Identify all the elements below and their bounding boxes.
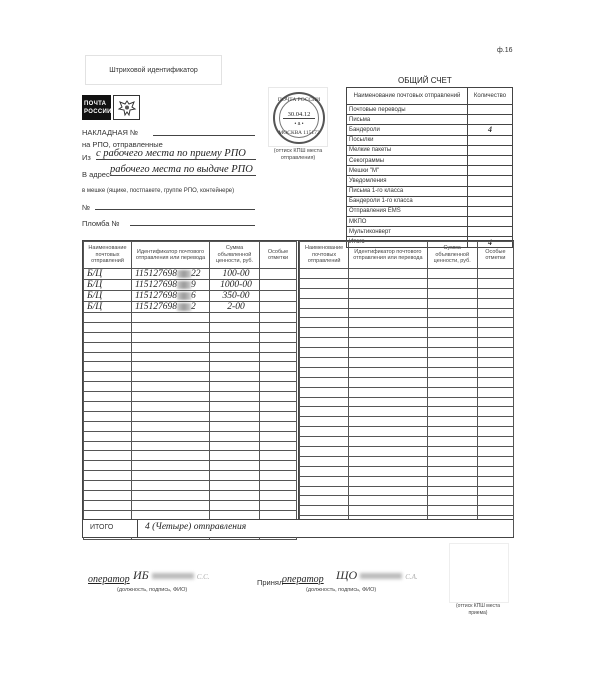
table-row: Б/Ц 1151276982 2-00 <box>84 302 297 313</box>
empty-cell[interactable] <box>260 500 297 510</box>
empty-cell[interactable] <box>84 411 132 421</box>
empty-cell[interactable] <box>84 441 132 451</box>
empty-cell[interactable] <box>132 491 210 501</box>
eagle-emblem-icon <box>113 95 140 120</box>
empty-cell[interactable] <box>349 358 427 368</box>
empty-cell[interactable] <box>84 352 132 362</box>
empty-cell[interactable] <box>260 402 297 412</box>
summary-row-name: Бандероли 1-го класса <box>347 196 468 206</box>
empty-cell[interactable] <box>300 348 349 358</box>
empty-cell[interactable] <box>300 437 349 447</box>
empty-cell[interactable] <box>427 407 477 417</box>
empty-cell[interactable] <box>477 466 513 476</box>
empty-cell[interactable] <box>349 338 427 348</box>
empty-cell[interactable] <box>84 421 132 431</box>
empty-cell[interactable] <box>427 506 477 516</box>
table-row <box>84 481 297 491</box>
empty-cell[interactable] <box>477 377 513 387</box>
empty-cell[interactable] <box>260 421 297 431</box>
empty-cell[interactable] <box>349 417 427 427</box>
empty-cell[interactable] <box>300 427 349 437</box>
empty-cell[interactable] <box>132 322 210 332</box>
empty-cell[interactable] <box>210 500 260 510</box>
empty-cell[interactable] <box>132 382 210 392</box>
summary-row: Бандероли 4 <box>347 125 513 135</box>
empty-cell[interactable] <box>210 491 260 501</box>
rpo-table: Наименование почтовых отправленийИдентиф… <box>82 240 514 538</box>
empty-cell[interactable] <box>349 456 427 466</box>
empty-cell[interactable] <box>84 471 132 481</box>
summary-row: Уведомления <box>347 176 513 186</box>
receiver-label: Принял <box>257 578 283 587</box>
postal-stamp: ПОЧТА РОССИИ 30.04.12 • а • МОСКВА 11517… <box>273 92 325 144</box>
empty-cell[interactable] <box>84 491 132 501</box>
empty-cell[interactable] <box>349 298 427 308</box>
summary-row-name: Мелкие пакеты <box>347 145 468 155</box>
empty-cell[interactable] <box>300 308 349 318</box>
empty-cell[interactable] <box>477 437 513 447</box>
total-value: 4 (Четыре) отправления <box>145 522 246 532</box>
summary-row-qty[interactable] <box>468 206 513 216</box>
empty-cell[interactable] <box>300 456 349 466</box>
item-value[interactable]: 1000-00 <box>210 280 260 291</box>
empty-cell[interactable] <box>210 382 260 392</box>
empty-cell[interactable] <box>349 506 427 516</box>
empty-cell[interactable] <box>132 372 210 382</box>
column-header: Сумма объявленной ценности, руб. <box>427 242 477 269</box>
table-row <box>84 402 297 412</box>
empty-cell[interactable] <box>477 298 513 308</box>
item-notes[interactable] <box>260 280 297 291</box>
empty-cell[interactable] <box>477 358 513 368</box>
item-value[interactable]: 100-00 <box>210 269 260 280</box>
empty-cell[interactable] <box>427 338 477 348</box>
empty-cell[interactable] <box>427 377 477 387</box>
summary-row-qty[interactable] <box>468 186 513 196</box>
empty-cell[interactable] <box>427 269 477 279</box>
empty-cell[interactable] <box>427 318 477 328</box>
empty-cell[interactable] <box>349 427 427 437</box>
summary-table: Наименование почтовых отправлений Количе… <box>346 87 513 248</box>
empty-cell[interactable] <box>132 431 210 441</box>
empty-cell[interactable] <box>210 471 260 481</box>
item-value[interactable]: 2-00 <box>210 302 260 313</box>
empty-cell[interactable] <box>210 441 260 451</box>
empty-cell[interactable] <box>132 332 210 342</box>
empty-cell[interactable] <box>427 278 477 288</box>
empty-cell[interactable] <box>427 486 477 496</box>
empty-cell[interactable] <box>427 298 477 308</box>
table-row <box>300 506 514 516</box>
item-name[interactable]: Б/Ц <box>84 291 132 302</box>
summary-row: Бандероли 1-го класса <box>347 196 513 206</box>
logo-text: ПОЧТА РОССИИ <box>82 95 111 120</box>
empty-cell[interactable] <box>427 427 477 437</box>
empty-cell[interactable] <box>132 471 210 481</box>
table-row <box>300 318 514 328</box>
empty-cell[interactable] <box>210 481 260 491</box>
empty-cell[interactable] <box>132 461 210 471</box>
table-row <box>84 471 297 481</box>
to-label: В адрес <box>82 170 110 179</box>
empty-cell[interactable] <box>132 352 210 362</box>
empty-cell[interactable] <box>132 500 210 510</box>
empty-cell[interactable] <box>427 328 477 338</box>
table-row <box>300 377 514 387</box>
empty-cell[interactable] <box>84 461 132 471</box>
table-row: Б/Ц 1151276986 350-00 <box>84 291 297 302</box>
empty-cell[interactable] <box>349 496 427 506</box>
sender-stamp-box: ПОЧТА РОССИИ 30.04.12 • а • МОСКВА 11517… <box>268 87 328 147</box>
table-row <box>300 476 514 486</box>
empty-cell[interactable] <box>260 471 297 481</box>
invoice-number-field[interactable] <box>153 135 255 136</box>
summary-row: Отправления EMS <box>347 206 513 216</box>
empty-cell[interactable] <box>349 407 427 417</box>
empty-cell[interactable] <box>260 332 297 342</box>
to-field[interactable]: рабочего места по выдаче РПО <box>110 164 256 176</box>
empty-cell[interactable] <box>349 328 427 338</box>
empty-cell[interactable] <box>84 431 132 441</box>
summary-row-qty[interactable] <box>468 217 513 227</box>
empty-cell[interactable] <box>260 372 297 382</box>
table-row <box>300 387 514 397</box>
empty-cell[interactable] <box>132 342 210 352</box>
empty-cell[interactable] <box>349 447 427 457</box>
empty-cell[interactable] <box>477 387 513 397</box>
table-row <box>300 466 514 476</box>
empty-cell[interactable] <box>477 496 513 506</box>
empty-cell[interactable] <box>427 437 477 447</box>
receiver-signature: ЩО С.А. <box>336 568 418 583</box>
summary-row-name: Мешки "М" <box>347 166 468 176</box>
summary-row-name: Почтовые переводы <box>347 105 468 115</box>
empty-cell[interactable] <box>300 298 349 308</box>
item-name[interactable]: Б/Ц <box>84 269 132 280</box>
empty-cell[interactable] <box>349 318 427 328</box>
table-row <box>84 332 297 342</box>
empty-cell[interactable] <box>84 481 132 491</box>
empty-cell[interactable] <box>300 407 349 417</box>
item-name[interactable]: Б/Ц <box>84 280 132 291</box>
empty-cell[interactable] <box>300 397 349 407</box>
empty-cell[interactable] <box>349 348 427 358</box>
empty-cell[interactable] <box>84 313 132 323</box>
item-notes[interactable] <box>260 269 297 280</box>
summary-col-qty: Количество <box>468 88 513 105</box>
empty-cell[interactable] <box>260 411 297 421</box>
empty-cell[interactable] <box>84 382 132 392</box>
table-row: Б/Ц 1151276989 1000-00 <box>84 280 297 291</box>
rpo-table-right: Наименование почтовых отправленийИдентиф… <box>298 241 514 536</box>
summary-row-name: Письма <box>347 115 468 125</box>
empty-cell[interactable] <box>300 338 349 348</box>
table-row <box>84 441 297 451</box>
empty-cell[interactable] <box>84 342 132 352</box>
empty-cell[interactable] <box>477 486 513 496</box>
from-field[interactable]: с рабочего места по приему РПО <box>96 148 256 160</box>
table-row <box>300 486 514 496</box>
empty-cell[interactable] <box>477 447 513 457</box>
empty-cell[interactable] <box>260 352 297 362</box>
empty-cell[interactable] <box>260 392 297 402</box>
summary-row: МКПО <box>347 217 513 227</box>
item-identifier[interactable]: 1151276989 <box>132 280 210 291</box>
empty-cell[interactable] <box>477 407 513 417</box>
empty-cell[interactable] <box>477 348 513 358</box>
summary-row: Мультиконверт <box>347 227 513 237</box>
empty-cell[interactable] <box>477 278 513 288</box>
empty-cell[interactable] <box>477 318 513 328</box>
table-row <box>84 421 297 431</box>
empty-cell[interactable] <box>210 372 260 382</box>
table-row <box>84 451 297 461</box>
summary-row-qty[interactable] <box>468 176 513 186</box>
summary-row-name: Посылки <box>347 135 468 145</box>
empty-cell[interactable] <box>84 362 132 372</box>
empty-cell[interactable] <box>84 322 132 332</box>
empty-cell[interactable] <box>349 288 427 298</box>
empty-cell[interactable] <box>349 466 427 476</box>
stamp-sub: • а • <box>275 121 323 127</box>
empty-cell[interactable] <box>349 269 427 279</box>
item-identifier[interactable]: 11512769822 <box>132 269 210 280</box>
table-row <box>300 269 514 279</box>
summary-row-name: Секограммы <box>347 155 468 165</box>
summary-row: Письма <box>347 115 513 125</box>
empty-cell[interactable] <box>477 288 513 298</box>
empty-cell[interactable] <box>210 451 260 461</box>
empty-cell[interactable] <box>84 372 132 382</box>
empty-cell[interactable] <box>132 481 210 491</box>
empty-cell[interactable] <box>477 506 513 516</box>
table-row <box>300 308 514 318</box>
table-row <box>84 382 297 392</box>
summary-title: ОБЩИЙ СЧЕТ <box>398 76 452 85</box>
empty-cell[interactable] <box>427 417 477 427</box>
receive-stamp-caption: (оттиск КПШ места приема) <box>449 603 507 616</box>
redacted-digits <box>177 292 191 300</box>
empty-cell[interactable] <box>84 392 132 402</box>
empty-cell[interactable] <box>260 431 297 441</box>
empty-cell[interactable] <box>427 308 477 318</box>
empty-cell[interactable] <box>132 451 210 461</box>
item-value[interactable]: 350-00 <box>210 291 260 302</box>
empty-cell[interactable] <box>210 402 260 412</box>
summary-row-name: Бандероли <box>347 125 468 135</box>
empty-cell[interactable] <box>260 461 297 471</box>
from-label: Из <box>82 153 91 162</box>
empty-cell[interactable] <box>349 387 427 397</box>
seal-field[interactable] <box>130 225 255 226</box>
summary-row-name: Отправления EMS <box>347 206 468 216</box>
empty-cell[interactable] <box>349 437 427 447</box>
summary-row: Секограммы <box>347 155 513 165</box>
sender-caption: (должность, подпись, ФИО) <box>117 587 187 593</box>
column-header: Идентификатор почтового отправления или … <box>349 242 427 269</box>
empty-cell[interactable] <box>427 456 477 466</box>
empty-cell[interactable] <box>210 313 260 323</box>
table-row <box>300 407 514 417</box>
empty-cell[interactable] <box>349 476 427 486</box>
stamp-bottom-text: МОСКВА 115172 <box>275 130 323 136</box>
summary-row: Мелкие пакеты <box>347 145 513 155</box>
empty-cell[interactable] <box>260 481 297 491</box>
summary-row-qty[interactable] <box>468 155 513 165</box>
empty-cell[interactable] <box>132 362 210 372</box>
empty-cell[interactable] <box>132 402 210 412</box>
empty-cell[interactable] <box>300 269 349 279</box>
empty-cell[interactable] <box>349 367 427 377</box>
empty-cell[interactable] <box>210 461 260 471</box>
empty-cell[interactable] <box>300 278 349 288</box>
redacted-digits <box>177 303 191 311</box>
empty-cell[interactable] <box>477 397 513 407</box>
empty-cell[interactable] <box>300 318 349 328</box>
empty-cell[interactable] <box>210 352 260 362</box>
empty-cell[interactable] <box>477 338 513 348</box>
empty-cell[interactable] <box>300 417 349 427</box>
empty-cell[interactable] <box>300 387 349 397</box>
empty-cell[interactable] <box>477 367 513 377</box>
item-notes[interactable] <box>260 302 297 313</box>
empty-cell[interactable] <box>300 447 349 457</box>
empty-cell[interactable] <box>210 392 260 402</box>
summary-row-qty[interactable]: 4 <box>468 125 513 135</box>
invoice-label: НАКЛАДНАЯ № <box>82 128 138 137</box>
empty-cell[interactable] <box>427 397 477 407</box>
empty-cell[interactable] <box>427 466 477 476</box>
bag-label: в мешке (ящике, постпакете, группе РПО, … <box>82 188 234 194</box>
empty-cell[interactable] <box>300 506 349 516</box>
logo-line1: ПОЧТА <box>84 100 111 108</box>
empty-cell[interactable] <box>477 427 513 437</box>
empty-cell[interactable] <box>210 332 260 342</box>
number-label: № <box>82 203 90 212</box>
table-row <box>300 298 514 308</box>
summary-row-qty[interactable] <box>468 115 513 125</box>
summary-row-qty[interactable] <box>468 166 513 176</box>
empty-cell[interactable] <box>132 411 210 421</box>
empty-cell[interactable] <box>132 421 210 431</box>
empty-cell[interactable] <box>260 491 297 501</box>
stamp-date: 30.04.12 <box>283 111 315 119</box>
empty-cell[interactable] <box>260 451 297 461</box>
table-row <box>300 437 514 447</box>
summary-col-name: Наименование почтовых отправлений <box>347 88 468 105</box>
summary-row-qty[interactable] <box>468 227 513 237</box>
item-notes[interactable] <box>260 291 297 302</box>
summary-row: Письма 1-го класса <box>347 186 513 196</box>
item-name[interactable]: Б/Ц <box>84 302 132 313</box>
empty-cell[interactable] <box>132 441 210 451</box>
summary-row-qty[interactable] <box>468 105 513 115</box>
empty-cell[interactable] <box>132 313 210 323</box>
empty-cell[interactable] <box>84 402 132 412</box>
empty-cell[interactable] <box>427 348 477 358</box>
table-row <box>300 358 514 368</box>
empty-cell[interactable] <box>427 387 477 397</box>
empty-cell[interactable] <box>427 476 477 486</box>
empty-cell[interactable] <box>349 308 427 318</box>
summary-row-qty[interactable] <box>468 135 513 145</box>
empty-cell[interactable] <box>84 332 132 342</box>
empty-cell[interactable] <box>349 377 427 387</box>
empty-cell[interactable] <box>84 451 132 461</box>
empty-cell[interactable] <box>210 431 260 441</box>
empty-cell[interactable] <box>260 342 297 352</box>
empty-cell[interactable] <box>300 367 349 377</box>
table-row <box>84 431 297 441</box>
empty-cell[interactable] <box>477 476 513 486</box>
empty-cell[interactable] <box>477 456 513 466</box>
item-identifier[interactable]: 1151276982 <box>132 302 210 313</box>
table-row <box>300 496 514 506</box>
empty-cell[interactable] <box>427 358 477 368</box>
empty-cell[interactable] <box>260 382 297 392</box>
number-field[interactable] <box>95 209 255 210</box>
empty-cell[interactable] <box>84 500 132 510</box>
empty-cell[interactable] <box>210 342 260 352</box>
empty-cell[interactable] <box>260 313 297 323</box>
empty-cell[interactable] <box>300 377 349 387</box>
empty-cell[interactable] <box>300 486 349 496</box>
empty-cell[interactable] <box>300 476 349 486</box>
summary-row: Мешки "М" <box>347 166 513 176</box>
empty-cell[interactable] <box>210 421 260 431</box>
empty-cell[interactable] <box>300 328 349 338</box>
empty-cell[interactable] <box>427 367 477 377</box>
stamp-caption: (оттиск КПШ места отправления) <box>262 148 334 162</box>
column-header: Наименование почтовых отправлений <box>300 242 349 269</box>
empty-cell[interactable] <box>210 322 260 332</box>
empty-cell[interactable] <box>477 308 513 318</box>
empty-cell[interactable] <box>300 358 349 368</box>
empty-cell[interactable] <box>132 392 210 402</box>
empty-cell[interactable] <box>427 288 477 298</box>
empty-cell[interactable] <box>260 322 297 332</box>
empty-cell[interactable] <box>300 288 349 298</box>
rpo-table-left: Наименование почтовых отправленийИдентиф… <box>83 241 296 540</box>
receiver-position: оператор <box>282 574 324 585</box>
empty-cell[interactable] <box>477 269 513 279</box>
column-header: Особые отметки <box>260 242 297 269</box>
empty-cell[interactable] <box>300 466 349 476</box>
empty-cell[interactable] <box>349 278 427 288</box>
summary-row-qty[interactable] <box>468 145 513 155</box>
empty-cell[interactable] <box>477 417 513 427</box>
empty-cell[interactable] <box>260 441 297 451</box>
empty-cell[interactable] <box>477 328 513 338</box>
form-code: ф.16 <box>497 47 513 54</box>
table-row <box>300 367 514 377</box>
empty-cell[interactable] <box>349 397 427 407</box>
item-identifier[interactable]: 1151276986 <box>132 291 210 302</box>
empty-cell[interactable] <box>260 362 297 372</box>
empty-cell[interactable] <box>427 496 477 506</box>
redacted-digits <box>177 281 191 289</box>
table-row <box>300 447 514 457</box>
empty-cell[interactable] <box>349 486 427 496</box>
column-header: Сумма объявленной ценности, руб. <box>210 242 260 269</box>
empty-cell[interactable] <box>427 447 477 457</box>
summary-row-name: Мультиконверт <box>347 227 468 237</box>
summary-row-name: МКПО <box>347 217 468 227</box>
empty-cell[interactable] <box>210 362 260 372</box>
empty-cell[interactable] <box>300 496 349 506</box>
summary-row-qty[interactable] <box>468 196 513 206</box>
empty-cell[interactable] <box>210 411 260 421</box>
